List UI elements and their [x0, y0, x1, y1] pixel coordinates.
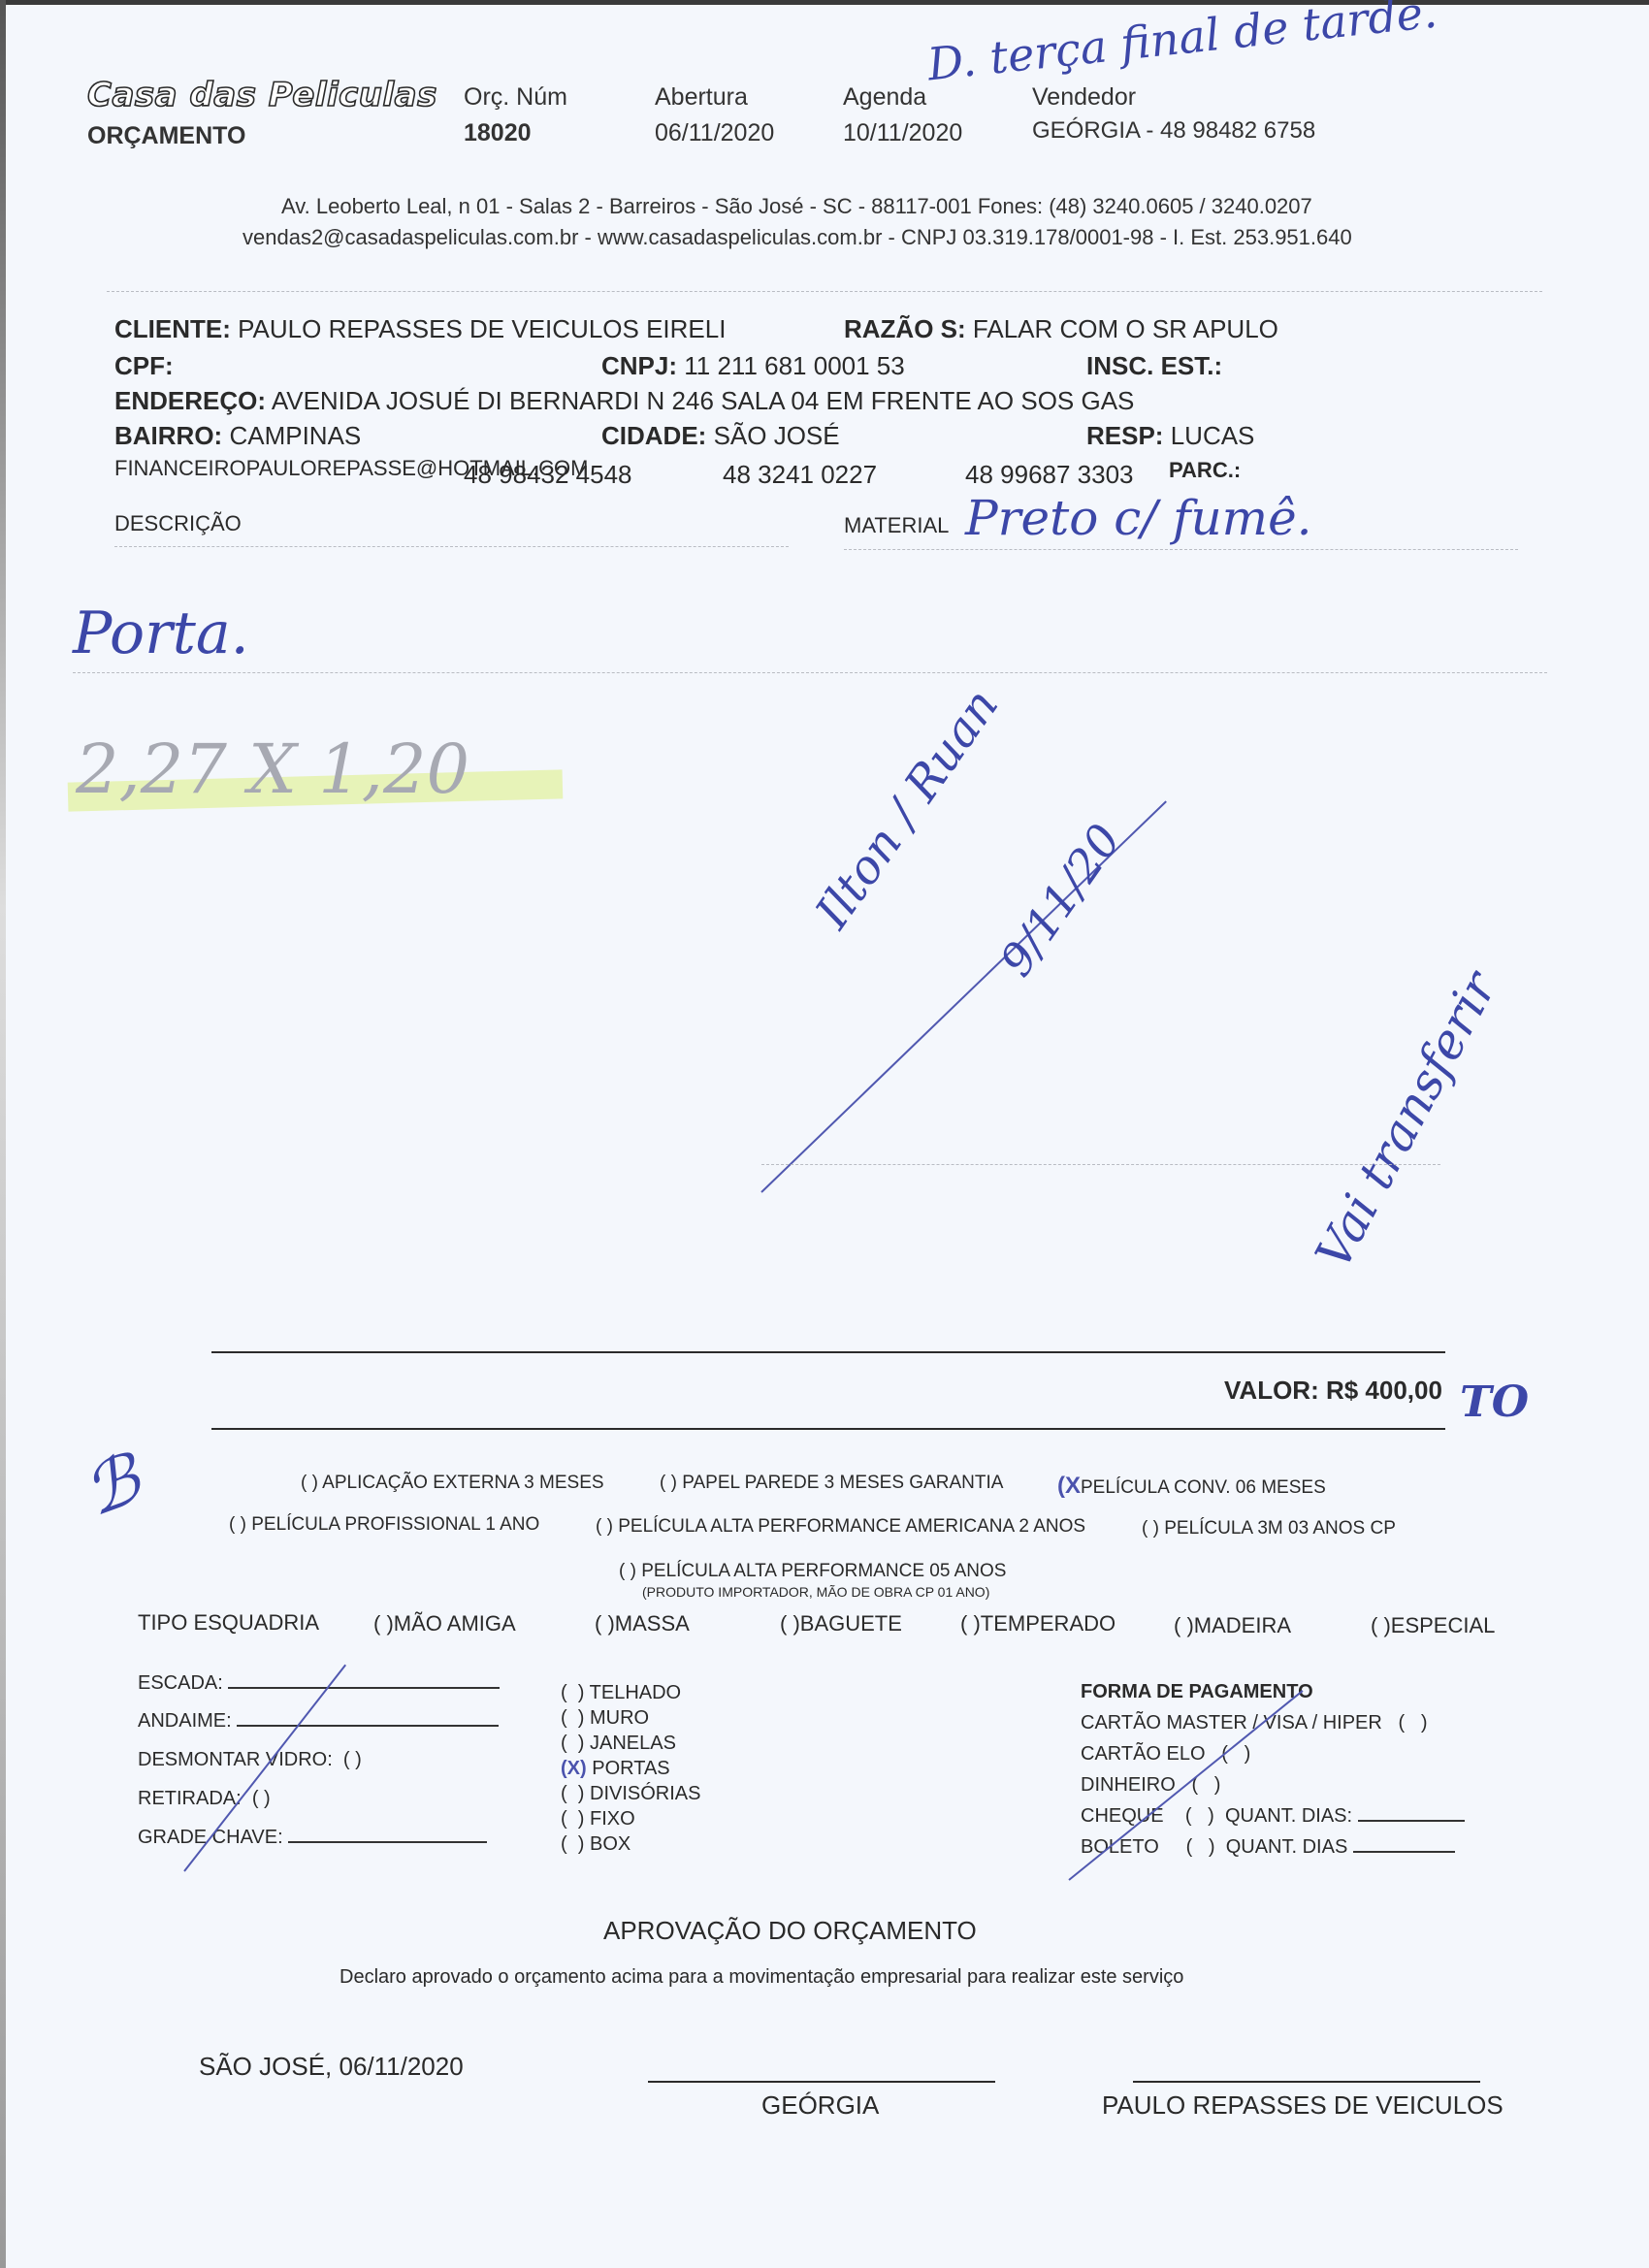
- checkbox-empty[interactable]: ( ): [229, 1514, 246, 1535]
- checkbox-empty[interactable]: ( ): [1185, 1805, 1214, 1827]
- bairro-value: CAMPINAS: [229, 421, 361, 450]
- valor-handwritten-mark: TO: [1460, 1377, 1529, 1427]
- checkbox-empty[interactable]: ( ): [561, 1707, 584, 1729]
- location-fixo[interactable]: ( ) FIXO: [561, 1806, 700, 1831]
- warranty-option-profissional[interactable]: ( ) PELÍCULA PROFISSIONAL 1 ANO: [229, 1514, 539, 1536]
- client-phone-2: 48 3241 0227: [723, 460, 877, 490]
- seller-signature-line: [648, 2081, 995, 2083]
- approval-title: APROVAÇÃO DO ORÇAMENTO: [603, 1916, 977, 1946]
- checkbox-empty[interactable]: ( ): [561, 1808, 584, 1830]
- valor-top-line: [211, 1351, 1445, 1353]
- vendedor-label: Vendedor: [1032, 83, 1136, 112]
- warranty-option-aplicacao-externa[interactable]: ( ) APLICAÇÃO EXTERNA 3 MESES: [301, 1473, 604, 1494]
- material-label: MATERIAL: [844, 513, 949, 538]
- endereco-value: AVENIDA JOSUÉ DI BERNARDI N 246 SALA 04 …: [272, 386, 1135, 415]
- cnpj-label: CNPJ:: [601, 351, 677, 380]
- bairro-field: BAIRRO: CAMPINAS: [114, 421, 361, 451]
- retirada-field[interactable]: RETIRADA: ( ): [138, 1788, 271, 1810]
- warranty-option-pelicula-conv[interactable]: (XPELÍCULA CONV. 06 MESES: [1057, 1473, 1326, 1500]
- valor-label: VALOR:: [1224, 1376, 1319, 1405]
- razao-label: RAZÃO S:: [844, 314, 966, 343]
- grade-chave-input-line[interactable]: [288, 1841, 487, 1843]
- payment-title: FORMA DE PAGAMENTO: [1081, 1676, 1465, 1707]
- item-handwritten: Porta.: [73, 599, 249, 667]
- installer-names-note: Ilton / Ruan: [805, 679, 1009, 938]
- esquadria-option-massa[interactable]: ( )MASSA: [595, 1611, 690, 1636]
- checkbox-empty[interactable]: ( ): [561, 1733, 584, 1754]
- client-signer-name: PAULO REPASSES DE VEICULOS: [1102, 2090, 1503, 2121]
- client-phone-3: 48 99687 3303: [965, 460, 1134, 490]
- location-divisorias[interactable]: ( ) DIVISÓRIAS: [561, 1781, 700, 1806]
- checkbox-empty[interactable]: ( ): [1142, 1518, 1159, 1539]
- resp-field: RESP: LUCAS: [1086, 421, 1254, 451]
- warranty-option-alta-perf-americana[interactable]: ( ) PELÍCULA ALTA PERFORMANCE AMERICANA …: [596, 1516, 1085, 1538]
- installer-date-note: 9/11/20: [989, 815, 1131, 986]
- warranty-option-3m[interactable]: ( ) PELÍCULA 3M 03 ANOS CP: [1142, 1518, 1396, 1539]
- checkbox-empty[interactable]: ( ): [252, 1788, 271, 1809]
- checkbox-empty[interactable]: ( ): [619, 1561, 636, 1581]
- abertura-value: 06/11/2020: [655, 119, 774, 147]
- material-line: [844, 549, 1518, 550]
- company-address: Av. Leoberto Leal, n 01 - Salas 2 - Barr…: [281, 194, 1312, 219]
- resp-value: LUCAS: [1171, 421, 1255, 450]
- checkbox-empty[interactable]: ( ): [596, 1516, 613, 1537]
- material-handwritten: Preto c/ fumê.: [965, 490, 1312, 546]
- warranty-option-papel-parede[interactable]: ( ) PAPEL PAREDE 3 MESES GARANTIA: [660, 1473, 1003, 1494]
- checkbox-empty[interactable]: ( ): [1371, 1613, 1391, 1637]
- desmontar-vidro-field[interactable]: DESMONTAR VIDRO: ( ): [138, 1749, 362, 1771]
- cidade-field: CIDADE: SÃO JOSÉ: [601, 421, 840, 451]
- boleto-days-input-line[interactable]: [1353, 1851, 1455, 1853]
- andaime-input-line[interactable]: [237, 1725, 499, 1727]
- cidade-value: SÃO JOSÉ: [714, 421, 840, 450]
- checkbox-checked-icon[interactable]: (X): [561, 1758, 587, 1779]
- company-contact: vendas2@casadaspeliculas.com.br - www.ca…: [242, 225, 1352, 250]
- location-portas[interactable]: (X) PORTAS: [561, 1756, 700, 1781]
- razao-value: FALAR COM O SR APULO: [973, 314, 1278, 343]
- initials-scribble: ℬ: [74, 1439, 151, 1532]
- client-phone-1: 48 98432 4548: [464, 460, 632, 490]
- payment-option-cartao-master[interactable]: CARTÃO MASTER / VISA / HIPER ( ): [1081, 1707, 1465, 1738]
- handwritten-schedule-note: D. terça final de tarde.: [925, 0, 1439, 90]
- checkbox-empty[interactable]: ( ): [1186, 1836, 1215, 1858]
- cpf-label: CPF:: [114, 351, 174, 381]
- item-line: [73, 672, 1547, 673]
- cnpj-value: 11 211 681 0001 53: [684, 351, 904, 380]
- checkbox-empty[interactable]: ( ): [1174, 1613, 1194, 1637]
- esquadria-option-madeira[interactable]: ( )MADEIRA: [1174, 1613, 1291, 1638]
- checkbox-empty[interactable]: ( ): [595, 1611, 615, 1636]
- checkbox-checked-icon[interactable]: (X: [1057, 1473, 1081, 1499]
- checkbox-empty[interactable]: ( ): [561, 1682, 584, 1703]
- valor-amount: R$ 400,00: [1326, 1376, 1442, 1405]
- endereco-label: ENDEREÇO:: [114, 386, 266, 415]
- warranty-option-alta-perf-05[interactable]: ( ) PELÍCULA ALTA PERFORMANCE 05 ANOS: [619, 1561, 1006, 1582]
- checkbox-empty[interactable]: ( ): [301, 1473, 318, 1493]
- andaime-field[interactable]: ANDAIME:: [138, 1710, 499, 1733]
- esquadria-option-especial[interactable]: ( )ESPECIAL: [1371, 1613, 1495, 1638]
- payment-option-boleto[interactable]: BOLETO ( ) QUANT. DIAS: [1081, 1831, 1465, 1863]
- divider: [107, 291, 1542, 292]
- cnpj-field: CNPJ: 11 211 681 0001 53: [601, 351, 905, 381]
- payment-option-cheque[interactable]: CHEQUE ( ) QUANT. DIAS:: [1081, 1800, 1465, 1831]
- client-signature-line: [1133, 2081, 1480, 2083]
- endereco-field: ENDEREÇO: AVENIDA JOSUÉ DI BERNARDI N 24…: [114, 386, 1134, 416]
- faint-line: [761, 1164, 1440, 1165]
- payment-option-cartao-elo[interactable]: CARTÃO ELO ( ): [1081, 1738, 1465, 1769]
- transfer-note: Vai transferir: [1305, 963, 1507, 1279]
- client-value: PAULO REPASSES DE VEICULOS EIRELI: [238, 314, 726, 343]
- agenda-value: 10/11/2020: [843, 119, 962, 147]
- checkbox-empty[interactable]: ( ): [561, 1833, 584, 1855]
- client-name-field: CLIENTE: PAULO REPASSES DE VEICULOS EIRE…: [114, 314, 726, 344]
- checkbox-empty[interactable]: ( ): [780, 1611, 800, 1636]
- descricao-label: DESCRIÇÃO: [114, 511, 242, 536]
- esquadria-option-temperado[interactable]: ( )TEMPERADO: [960, 1611, 1115, 1636]
- bairro-label: BAIRRO:: [114, 421, 222, 450]
- cidade-label: CIDADE:: [601, 421, 706, 450]
- checkbox-empty[interactable]: ( ): [373, 1611, 394, 1636]
- client-label: CLIENTE:: [114, 314, 231, 343]
- checkbox-empty[interactable]: ( ): [960, 1611, 981, 1636]
- brand-logo: Casa das Peliculas: [87, 76, 437, 114]
- esquadria-label: TIPO ESQUADRIA: [138, 1610, 319, 1636]
- esquadria-option-mao-amiga[interactable]: ( )MÃO AMIGA: [373, 1611, 516, 1636]
- resp-label: RESP:: [1086, 421, 1163, 450]
- descricao-line: [114, 546, 789, 547]
- vendedor-value: GEÓRGIA - 48 98482 6758: [1032, 117, 1315, 145]
- valor-field: VALOR: R$ 400,00: [1224, 1376, 1442, 1406]
- location-box[interactable]: ( ) BOX: [561, 1831, 700, 1857]
- checkbox-empty[interactable]: ( ): [660, 1473, 677, 1493]
- checkbox-empty[interactable]: ( ): [561, 1783, 584, 1804]
- orc-num-value: 18020: [464, 119, 532, 147]
- escada-field[interactable]: ESCADA:: [138, 1672, 500, 1695]
- agenda-label: Agenda: [843, 83, 926, 112]
- approval-statement: Declaro aprovado o orçamento acima para …: [339, 1966, 1183, 1989]
- scan-edge-left: [0, 0, 6, 2268]
- payment-option-dinheiro[interactable]: DINHEIRO ( ): [1081, 1769, 1465, 1800]
- checkbox-empty[interactable]: ( ): [1398, 1712, 1427, 1733]
- locations-list: ( ) TELHADO ( ) MURO ( ) JANELAS (X) POR…: [561, 1680, 700, 1857]
- location-muro[interactable]: ( ) MURO: [561, 1705, 700, 1731]
- valor-bottom-line: [211, 1428, 1445, 1430]
- warranty-note: (PRODUTO IMPORTADOR, MÃO DE OBRA CP 01 A…: [642, 1584, 989, 1600]
- orc-num-label: Orç. Núm: [464, 83, 567, 112]
- grade-chave-field[interactable]: GRADE CHAVE:: [138, 1827, 487, 1849]
- esquadria-option-baguete[interactable]: ( )BAGUETE: [780, 1611, 902, 1636]
- insc-est-label: INSC. EST.:: [1086, 351, 1222, 381]
- location-janelas[interactable]: ( ) JANELAS: [561, 1731, 700, 1756]
- escada-input-line[interactable]: [228, 1687, 500, 1689]
- doc-type-title: ORÇAMENTO: [87, 122, 245, 150]
- parc-label: PARC.:: [1169, 458, 1241, 483]
- location-telhado[interactable]: ( ) TELHADO: [561, 1680, 700, 1705]
- place-date: SÃO JOSÉ, 06/11/2020: [199, 2052, 464, 2082]
- checkbox-empty[interactable]: ( ): [343, 1749, 362, 1770]
- measure-handwritten: 2,27 X 1,20: [76, 729, 469, 809]
- payment-section: FORMA DE PAGAMENTO CARTÃO MASTER / VISA …: [1081, 1676, 1465, 1863]
- abertura-label: Abertura: [655, 83, 748, 112]
- razao-field: RAZÃO S: FALAR COM O SR APULO: [844, 314, 1278, 344]
- seller-signer-name: GEÓRGIA: [761, 2090, 879, 2121]
- cheque-days-input-line[interactable]: [1358, 1820, 1465, 1822]
